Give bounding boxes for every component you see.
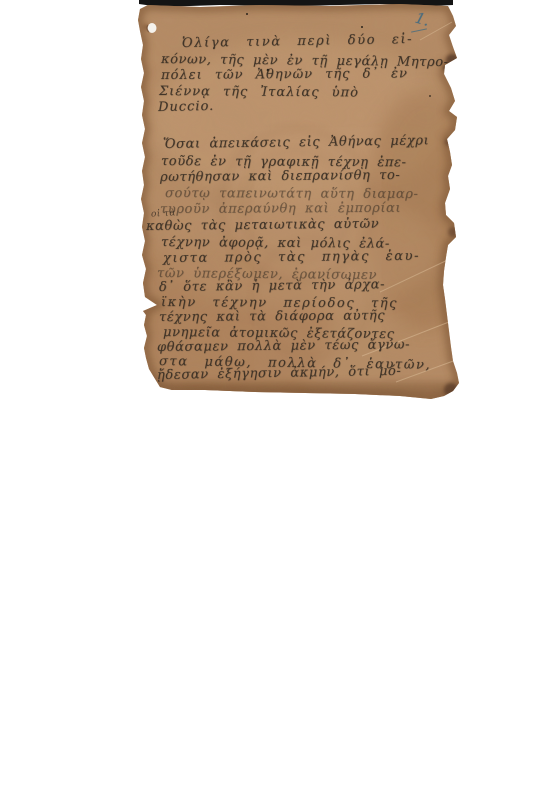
handwritten-line: φθάσαμεν πολλὰ μὲν τέως ἄγνω- [157, 338, 410, 354]
handwritten-line: δ᾽ ὅτε κἂν ἡ μετὰ τὴν ἀρχα- [159, 278, 385, 294]
handwritten-line: καθὼς τὰς μεταιωτικὰς αὐτῶν [146, 218, 379, 233]
handwritten-line: τοῦδε ἐν τῇ γραφικῇ τέχνῃ ἐπε- [161, 155, 407, 169]
paper-artwork [0, 0, 549, 800]
handwritten-line: τυροῦν ἀπεραύνθη καὶ ἐμπορίαι [160, 202, 401, 216]
handwritten-line: Σιέννᾳ τῆς Ἰταλίας ὑπὸ [159, 85, 359, 99]
manuscript-page-scan: 1. Ὀλίγα τινὰ περὶ δύο εἰ- κόνων, τῆς μὲ… [0, 0, 549, 800]
handwritten-line: Ὅσαι ἀπεικάσεις εἰς Ἀθήνας μέχρι [163, 134, 429, 151]
handwritten-line: σούτῳ ταπεινωτάτη αὕτη διαμαρ- [165, 187, 419, 201]
handwritten-line: Duccio. [158, 100, 215, 114]
handwritten-line: ρωτήθησαν καὶ διεπρανίσθη το- [160, 169, 400, 184]
handwritten-line: πόλει τῶν Ἀθηνῶν τῆς δ᾽ ἐν [161, 67, 408, 82]
handwritten-line: Ὀλίγα τινὰ περὶ δύο εἰ- [182, 33, 413, 50]
handwritten-line: τέχνης καὶ τὰ διάφορα αὐτῆς [159, 309, 385, 324]
handwritten-line: χιστα πρὸς τὰς πηγὰς ἑαυ- [163, 250, 420, 265]
